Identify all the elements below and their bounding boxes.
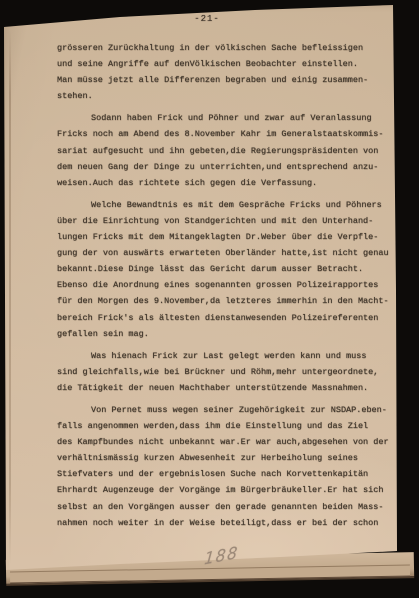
typewritten-line: und seine Angriffe auf denVölkischen Beo…	[57, 56, 397, 72]
typewritten-line: sind gleichfalls,wie bei Brückner und Rö…	[57, 364, 397, 380]
typewritten-line: des Kampfbundes nicht unbekannt war.Er w…	[57, 434, 397, 450]
typewritten-line: bekannt.Diese Dinge lässt das Gericht da…	[57, 261, 397, 277]
typewritten-line: gefallen sein mag.	[57, 326, 397, 342]
typewritten-text-block: grösseren Zurückhaltung in der völkische…	[57, 40, 397, 531]
typewritten-line: dem neuen Gang der Dinge zu unterrichten…	[57, 159, 397, 175]
typewritten-line: stehen.	[57, 88, 397, 104]
typewritten-line: Stiefvaters und der ergebnislosen Suche …	[57, 466, 397, 482]
typewritten-line: über die Einrichtung von Standgerichten …	[57, 213, 397, 229]
typewritten-line: gung der von auswärts erwarteten Oberlän…	[57, 245, 397, 261]
typewritten-line: Sodann haben Frick und Pöhner und zwar a…	[57, 110, 397, 126]
typewritten-line: Fricks noch am Abend des 8.November Kahr…	[57, 126, 397, 142]
typewritten-line: sariat aufgesucht und ihn gebeten,die Re…	[57, 143, 397, 159]
typewritten-line: selbst an den Vorgängen ausser den gerad…	[57, 499, 397, 515]
page-number: -21-	[57, 14, 357, 24]
typewritten-line: Welche Bewandtnis es mit dem Gespräche F…	[57, 197, 397, 213]
typewritten-line: falls angenommen werden,dass ihm die Ein…	[57, 418, 397, 434]
typewritten-line: weisen.Auch das richtete sich gegen die …	[57, 175, 397, 191]
typewritten-line: Was hienach Frick zur Last gelegt werden…	[57, 348, 397, 364]
scanned-document: -21- grösseren Zurückhaltung in der völk…	[0, 0, 419, 598]
typewritten-line: bereich Frick's als ältesten dienstanwes…	[57, 310, 397, 326]
typewritten-line: nahmen noch weiter in der Weise beteilig…	[57, 515, 397, 531]
typewritten-line: verhältnismässig kurzen Abwesenheit zur …	[57, 450, 397, 466]
typewritten-line: Man müsse jetzt alle Differenzen begrabe…	[57, 72, 397, 88]
typewritten-line: die Tätigkeit der neuen Machthaber unter…	[57, 380, 397, 396]
typewritten-line: Ehrhardt Augenzeuge der Vorgänge im Bürg…	[57, 482, 397, 498]
page-fold-line	[9, 30, 11, 564]
typewritten-line: Von Pernet muss wegen seiner Zugehörigke…	[57, 402, 397, 418]
typewritten-line: für den Morgen des 9.November,da letzter…	[57, 293, 397, 309]
typewritten-line: Ebenso die Anordnung eines sogenannten g…	[57, 277, 397, 293]
typewritten-line: lungen Fricks mit dem Mitangeklagten Dr.…	[57, 229, 397, 245]
typewritten-line: grösseren Zurückhaltung in der völkische…	[57, 40, 397, 56]
